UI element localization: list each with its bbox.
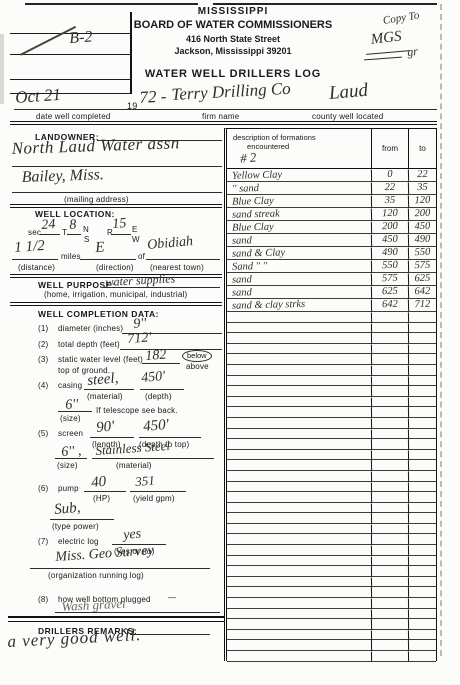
formation-to [408, 449, 436, 459]
copy-note-line2: MGS [370, 28, 403, 49]
formation-to [408, 312, 436, 322]
screen-material-label: (material) [116, 461, 152, 470]
mailing-address-handwriting: Bailey, Miss. [21, 166, 104, 187]
formation-from [371, 333, 408, 344]
mailing-address-label: (mailing address) [64, 195, 129, 204]
formation-to [408, 545, 436, 555]
east-label: E [132, 225, 138, 234]
item3-blank [142, 363, 180, 364]
item5-size-blank [55, 458, 87, 459]
formation-desc [227, 649, 371, 662]
formation-from [371, 322, 408, 333]
formation-from: 120 [371, 208, 408, 221]
item2-number: (2) [38, 340, 48, 349]
item4-depth-blank [140, 389, 184, 390]
formation-from [371, 513, 408, 524]
item6-hp-blank [84, 491, 126, 492]
formation-to [408, 322, 436, 332]
formation-from: 642 [371, 299, 408, 312]
year-handwriting: 72 - [139, 87, 167, 108]
formation-row [227, 545, 436, 556]
formation-to: 625 [408, 273, 436, 286]
formation-from: 35 [371, 195, 408, 208]
section-heavy-rule [8, 616, 224, 622]
formation-from [371, 460, 408, 471]
pump-hp-label: (HP) [93, 494, 110, 503]
mailing-address-rule [12, 192, 222, 193]
formations-desc-header-line1: description of formations [233, 133, 371, 142]
item7-label: electric log [58, 537, 99, 546]
formation-to [408, 386, 436, 396]
formation-to [408, 407, 436, 417]
sec-value-handwriting: 24 [41, 217, 56, 234]
date-row-rule [14, 109, 437, 110]
formation-to: 450 [408, 221, 436, 234]
direction-value-handwriting: E [95, 239, 105, 257]
formation-to [408, 333, 436, 343]
formation-to: 490 [408, 234, 436, 247]
formation-row: Sand '' ''550575 [227, 260, 436, 273]
formation-to: 22 [408, 169, 436, 182]
formation-row: Blue Clay35120 [227, 195, 436, 208]
form-title: WATER WELL DRILLERS LOG [108, 68, 358, 80]
formation-row [227, 598, 436, 609]
of-label: of [138, 252, 145, 261]
formation-to [408, 534, 436, 544]
formation-to [408, 354, 436, 364]
formation-to [408, 651, 436, 661]
item4-label: casing [58, 381, 82, 390]
letterhead-street: 416 North State Street [108, 34, 358, 44]
well-purpose-hint: (home, irrigation, municipal, industrial… [44, 290, 187, 299]
formation-to [408, 576, 436, 586]
purpose-blank [102, 287, 220, 288]
pump-power-handwriting: Sub, [54, 500, 82, 519]
formation-to [408, 375, 436, 385]
checkmark-stroke [20, 26, 76, 56]
pump-yield-handwriting: 351 [135, 472, 156, 490]
item3-label: static water level (feet) [58, 355, 143, 364]
formation-from [371, 545, 408, 556]
formation-from [371, 523, 408, 534]
drillers-remarks-handwriting: a very good well. [7, 625, 142, 652]
formation-to [408, 598, 436, 608]
sec-label: sec [28, 228, 41, 237]
formation-row [227, 418, 436, 429]
casing-depth-handwriting: 450' [141, 369, 166, 387]
section-rule [10, 302, 222, 306]
log-organization-handwriting: Miss. Geo Survey [55, 543, 154, 566]
formation-from [371, 343, 408, 354]
casing-size-label: (size) [60, 414, 81, 423]
formation-row: sand & Clay490550 [227, 247, 436, 260]
west-label: W [132, 235, 140, 244]
formation-from [371, 640, 408, 651]
pump-yield-label: (yield gpm) [133, 494, 175, 503]
item5-label: screen [58, 429, 83, 438]
formation-from: 0 [371, 169, 408, 182]
date-completed-handwriting: Oct 21 [15, 85, 62, 108]
miles-label: miles [61, 252, 81, 261]
signature-underline [364, 57, 402, 61]
formation-to: 575 [408, 260, 436, 273]
north-label: N [83, 225, 89, 234]
firm-name-handwriting: Terry Drilling Co [171, 79, 291, 105]
formation-to: 35 [408, 182, 436, 195]
range-blank [111, 234, 131, 235]
distance-blank [12, 259, 58, 260]
item6-label: pump [58, 484, 79, 493]
formation-to [408, 555, 436, 565]
formation-to [408, 502, 436, 512]
formation-from [371, 619, 408, 630]
letterhead-city: Jackson, Mississippi 39201 [108, 46, 358, 56]
pump-power-label: (type power) [52, 522, 99, 531]
formation-to [408, 471, 436, 481]
item4-material-blank [84, 389, 134, 390]
formation-to: 200 [408, 208, 436, 221]
log-organization-label: (organization running log) [48, 571, 144, 580]
above-label: above [186, 362, 209, 371]
screen-length-handwriting: 90' [96, 418, 116, 437]
item7-org-blank [30, 568, 210, 569]
formation-from [371, 407, 408, 418]
remarks-blank [130, 634, 210, 635]
formation-from [371, 312, 408, 323]
casing-depth-label: (depth) [145, 392, 172, 401]
item4-size-blank [58, 411, 92, 412]
formation-from [371, 449, 408, 460]
corner-code-handwriting: B-2 [69, 28, 93, 48]
formation-row [227, 365, 436, 376]
formation-from [371, 576, 408, 587]
formation-from [371, 364, 408, 375]
county-label: county well located [312, 112, 383, 121]
formation-from [371, 417, 408, 428]
formation-to [408, 343, 436, 353]
item5-depthtop-blank [139, 437, 201, 438]
formation-from: 200 [371, 221, 408, 234]
item5-number: (5) [38, 429, 48, 438]
section-rule [10, 121, 437, 125]
below-circled: below [182, 350, 212, 362]
item6-yield-blank [130, 491, 186, 492]
item6-power-blank [50, 519, 114, 520]
page-right-edge [440, 4, 442, 656]
pump-hp-handwriting: 40 [91, 474, 107, 492]
section-rule [10, 204, 222, 208]
formation-to [408, 428, 436, 438]
telescope-note: If telescope see back. [96, 406, 178, 415]
county-handwriting: Laud [328, 80, 369, 105]
formation-from [371, 651, 408, 662]
formation-to [408, 629, 436, 639]
formation-to [408, 365, 436, 375]
direction-blank [80, 259, 136, 260]
copy-note-signature: gr [406, 44, 418, 60]
formation-from: 22 [371, 182, 408, 195]
landowner-rule [12, 166, 222, 167]
formations-header-row: description of formations encountered fr… [227, 129, 436, 169]
formation-row: Blue Clay200450 [227, 221, 436, 234]
date-completed-label: date well completed [36, 112, 111, 121]
formation-from [371, 375, 408, 386]
nearest-town-handwriting: Obidiah [147, 234, 194, 254]
formation-to [408, 587, 436, 597]
formation-from [371, 492, 408, 503]
item5-length-blank [90, 437, 134, 438]
formation-to [408, 439, 436, 449]
formation-from [371, 534, 408, 545]
formation-from: 550 [371, 260, 408, 273]
formation-to [408, 396, 436, 406]
scanned-well-log-form: B-2 MISSISSIPPI BOARD OF WATER COMMISSIO… [0, 0, 460, 685]
well-purpose-label: WELL PURPOSE: [38, 280, 115, 290]
formation-rows: Yellow Clay022'' sand2235Blue Clay35120s… [227, 169, 436, 662]
item6-number: (6) [38, 484, 48, 493]
formation-to [408, 492, 436, 502]
formation-to: 120 [408, 195, 436, 208]
formation-to [408, 513, 436, 523]
formation-to [408, 460, 436, 470]
sec-blank [40, 234, 60, 235]
formation-to: 712 [408, 299, 436, 312]
page-top-border-left [25, 3, 198, 5]
letterhead: MISSISSIPPI BOARD OF WATER COMMISSIONERS… [108, 6, 358, 80]
landowner-number-overflow-handwriting: # 2 [239, 149, 257, 167]
letterhead-agency: BOARD OF WATER COMMISSIONERS [108, 19, 358, 31]
formation-row: sand & clay strks642712 [227, 299, 436, 312]
page-top-border-right [213, 3, 437, 5]
total-depth-handwriting: 712' [127, 330, 152, 348]
formation-row [227, 471, 436, 482]
nearest-town-label: (nearest town) [150, 263, 204, 272]
formation-from [371, 354, 408, 365]
formation-row [227, 312, 436, 323]
item1-number: (1) [38, 324, 48, 333]
item7-number: (7) [38, 537, 48, 546]
item2-blank [120, 349, 222, 350]
item8-number: (8) [38, 595, 48, 604]
formation-row: sand streak120200 [227, 208, 436, 221]
formations-table: description of formations encountered fr… [224, 128, 437, 661]
screen-size-label: (size) [57, 461, 78, 470]
formation-from: 575 [371, 273, 408, 286]
item3-number: (3) [38, 355, 48, 364]
casing-material-handwriting: steel, [87, 370, 120, 390]
item2-label: total depth (feet) [58, 340, 120, 349]
formation-from [371, 470, 408, 481]
town-blank [146, 259, 220, 260]
formation-row: '' sand2235 [227, 182, 436, 195]
formation-from [371, 428, 408, 439]
item5-material-blank [92, 458, 214, 459]
formation-to [408, 608, 436, 618]
formation-from [371, 439, 408, 450]
township-blank [67, 234, 81, 235]
south-label: S [84, 235, 90, 244]
screen-depth-top-handwriting: 450' [143, 417, 170, 436]
formation-from [371, 481, 408, 492]
scan-smudge [0, 34, 4, 104]
formation-row: sand450490 [227, 234, 436, 247]
formation-to [408, 619, 436, 629]
formation-row: Yellow Clay022 [227, 169, 436, 182]
formation-to [408, 566, 436, 576]
item8-dash: — [168, 593, 176, 602]
formation-from [371, 555, 408, 566]
formation-to [408, 481, 436, 491]
formation-from [371, 396, 408, 407]
formation-row [227, 492, 436, 503]
formation-to [408, 640, 436, 650]
direction-label: (direction) [96, 263, 134, 272]
formation-from [371, 386, 408, 397]
electric-log-handwriting: yes [123, 527, 142, 544]
formation-from [371, 598, 408, 609]
formation-to: 550 [408, 247, 436, 260]
range-value-handwriting: 15 [112, 216, 127, 233]
formation-from [371, 608, 408, 619]
formation-row: sand625642 [227, 286, 436, 299]
item8-blank [55, 612, 220, 613]
township-label: T [62, 228, 67, 237]
formation-row: sand575625 [227, 273, 436, 286]
formation-to [408, 418, 436, 428]
formation-from: 625 [371, 286, 408, 299]
item4-number: (4) [38, 381, 48, 390]
casing-material-label: (material) [87, 392, 123, 401]
formation-row [227, 651, 436, 662]
township-value-handwriting: 8 [69, 218, 77, 234]
formation-from [371, 502, 408, 513]
formation-from: 490 [371, 247, 408, 260]
formation-from [371, 587, 408, 598]
formation-from [371, 566, 408, 577]
signature-underline [366, 50, 410, 55]
formations-to-header: to [408, 129, 436, 168]
formations-from-header: from [371, 129, 408, 168]
firm-name-label: firm name [202, 112, 239, 121]
formation-to [408, 524, 436, 534]
item1-label: diameter (inches) [58, 324, 123, 333]
distance-label: (distance) [18, 263, 55, 272]
letterhead-state: MISSISSIPPI [108, 6, 358, 17]
copy-note-line1: Copy To [382, 9, 420, 27]
formation-from [371, 629, 408, 640]
formation-from: 450 [371, 234, 408, 247]
formation-to: 642 [408, 286, 436, 299]
distance-value-handwriting: 1 1/2 [14, 238, 46, 257]
